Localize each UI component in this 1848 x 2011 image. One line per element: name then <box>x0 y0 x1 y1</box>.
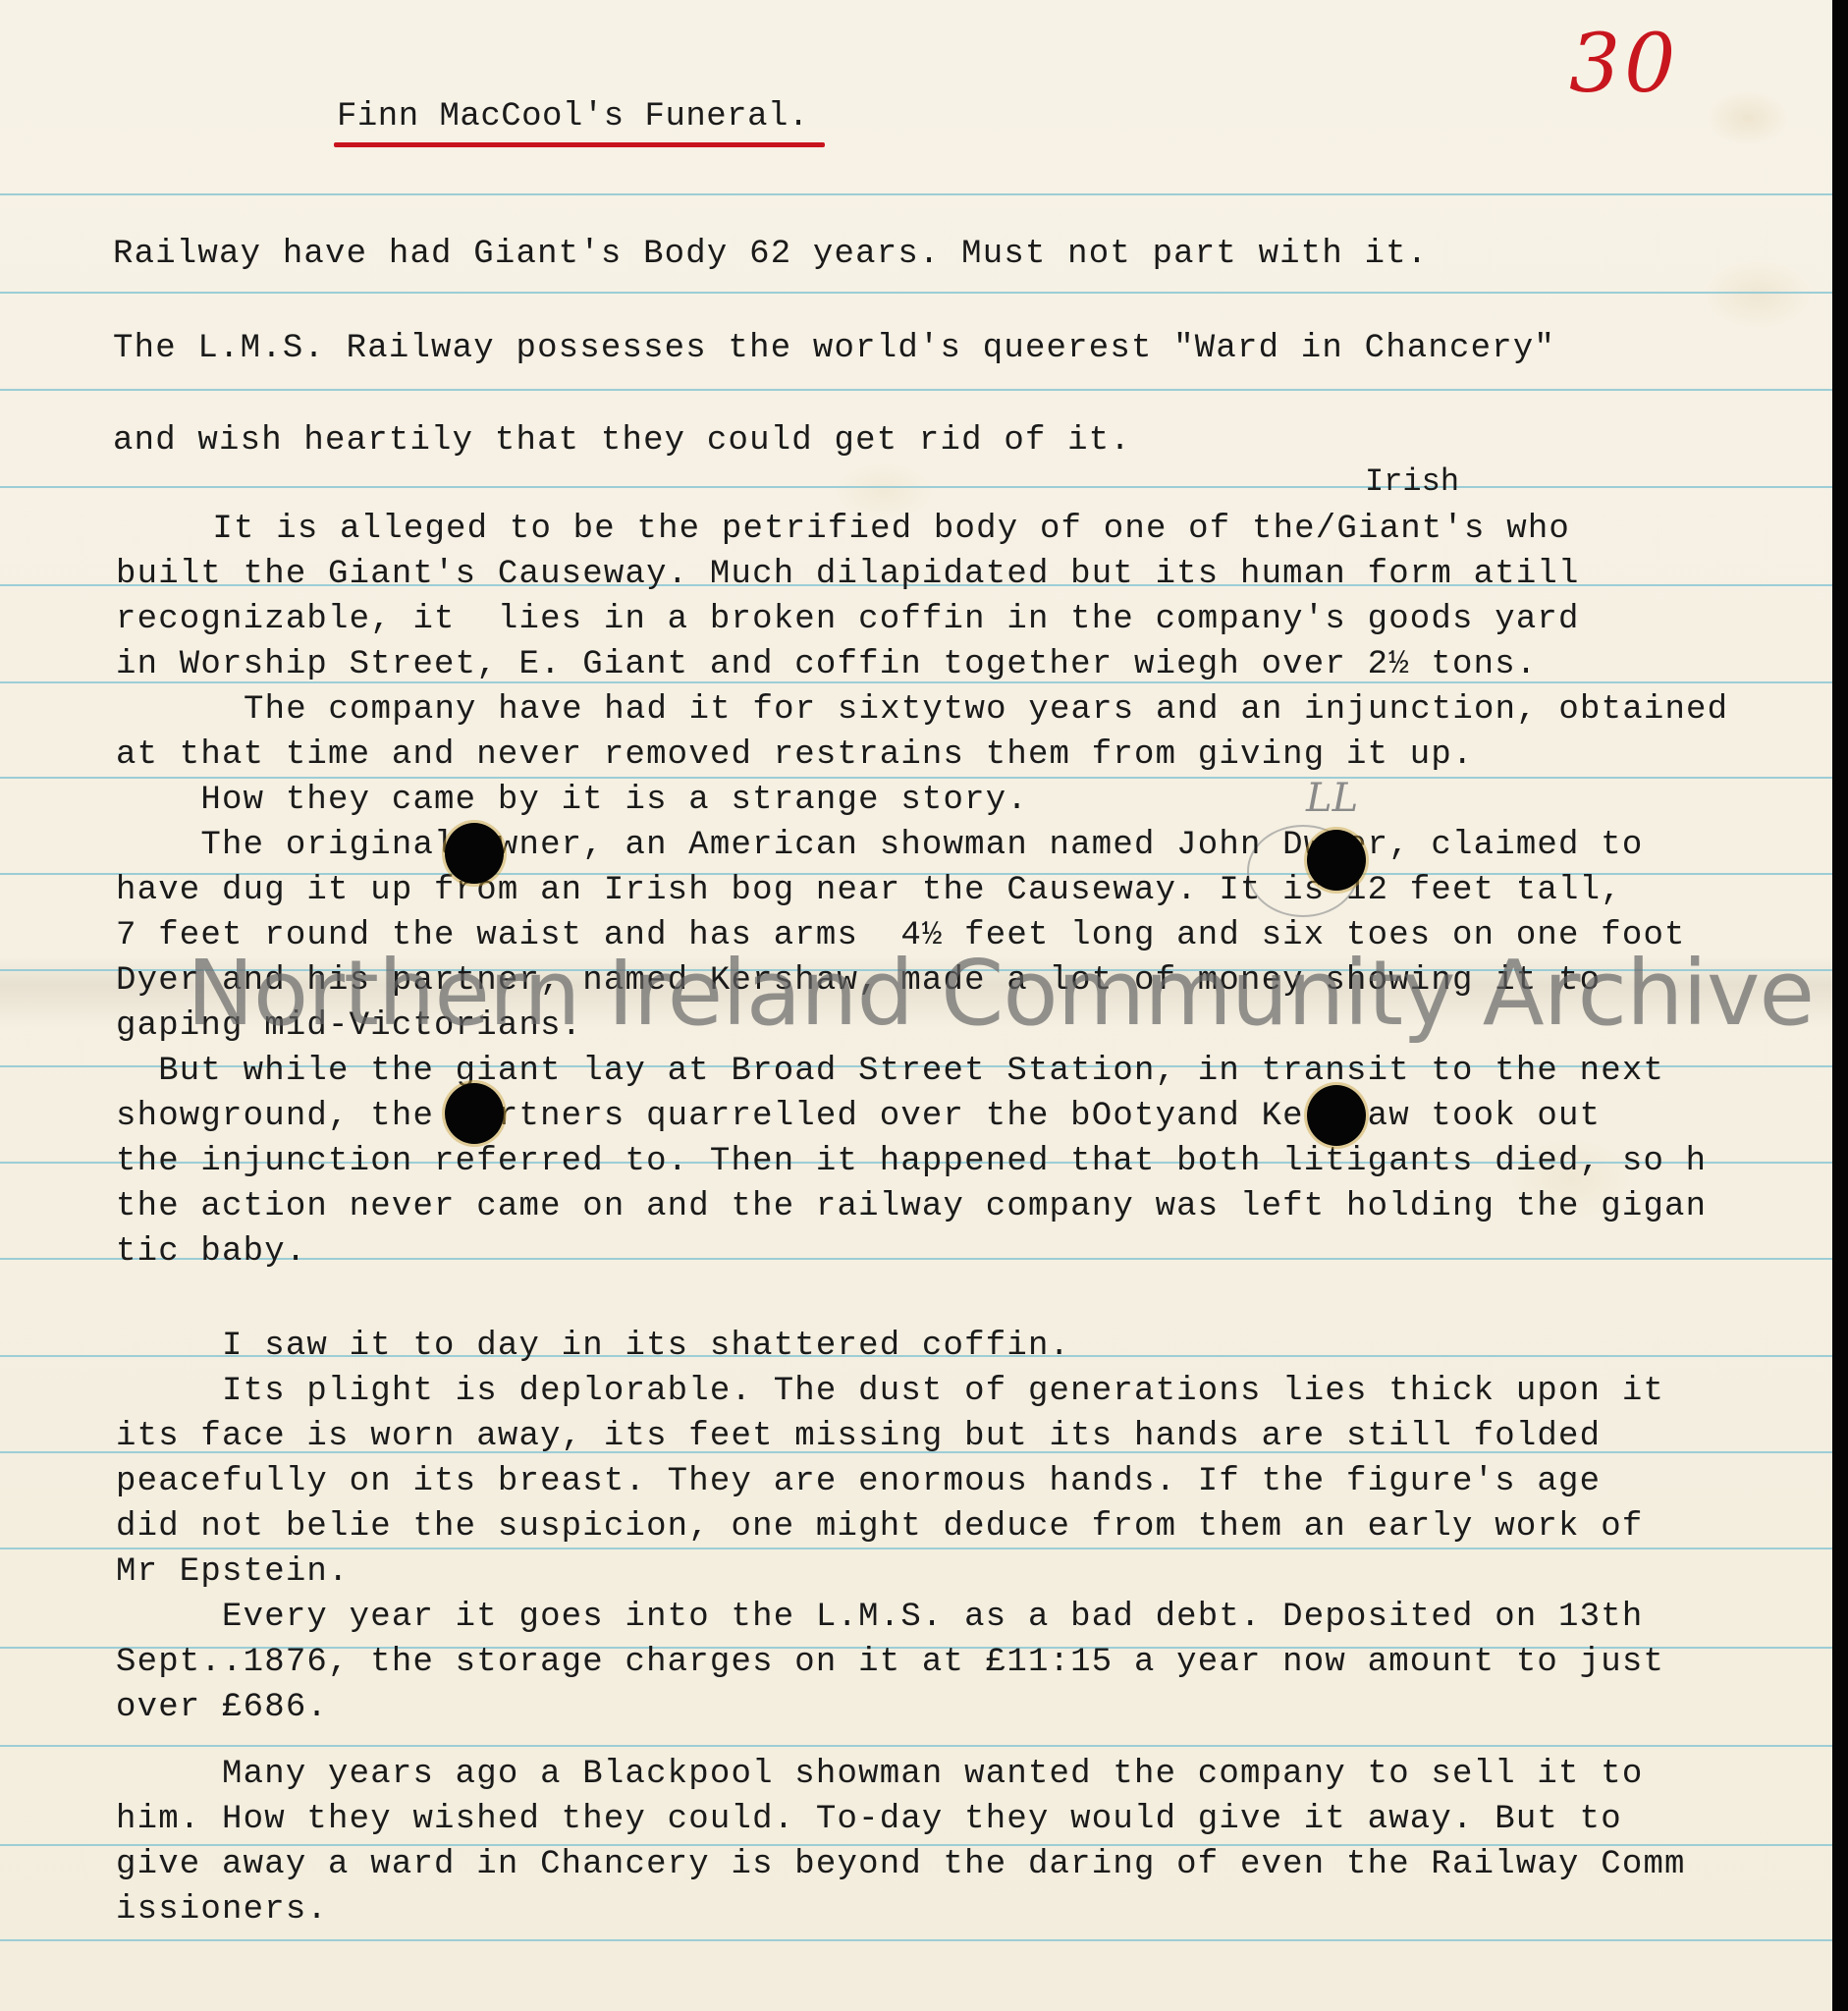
page-number: 30 <box>1569 18 1679 111</box>
text-line: Many years ago a Blackpool showman wante… <box>116 1756 1643 1793</box>
text-line: and wish heartily that they could get ri… <box>113 422 1131 460</box>
text-line: its face is worn away, its feet missing … <box>116 1418 1601 1455</box>
text-line: in Worship Street, E. Giant and coffin t… <box>116 646 1537 683</box>
text-line: the action never came on and the railway… <box>116 1188 1707 1225</box>
text-line: have dug it up from an Irish bog near th… <box>116 872 1622 909</box>
ruled-line <box>0 486 1832 488</box>
punch-hole <box>1307 830 1366 891</box>
ruled-line <box>0 389 1832 391</box>
ruled-line <box>0 777 1832 779</box>
ruled-line <box>0 193 1832 195</box>
text-line: Railway have had Giant's Body 62 years. … <box>113 236 1428 273</box>
punch-hole <box>445 1083 504 1144</box>
text-line: Every year it goes into the L.M.S. as a … <box>116 1599 1643 1636</box>
text-line: recognizable, it lies in a broken coffin… <box>116 601 1580 638</box>
text-line: The company have had it for sixtytwo yea… <box>137 691 1728 729</box>
text-line: at that time and never removed restrains… <box>116 736 1474 774</box>
archive-watermark: Northern Ireland Community Archive <box>187 941 1814 1046</box>
text-line: I saw it to day in its shattered coffin. <box>116 1328 1070 1365</box>
text-line: Sept..1876, the storage charges on it at… <box>116 1644 1664 1681</box>
text-line: How they came by it is a strange story. <box>116 782 1028 819</box>
pencil-annotation: LL <box>1306 776 1358 821</box>
text-line: him. How they wished they could. To-day … <box>116 1801 1622 1838</box>
text-line: Mr Epstein. <box>116 1553 350 1591</box>
text-line: issioners. <box>116 1891 328 1929</box>
ruled-line <box>0 292 1832 294</box>
ruled-line <box>0 1745 1832 1747</box>
inserted-word: Irish <box>1365 463 1459 500</box>
text-line: the injunction referred to. Then it happ… <box>116 1143 1707 1180</box>
text-line: The original owner, an American showman … <box>116 827 1643 864</box>
text-line: did not belie the suspicion, one might d… <box>116 1508 1643 1546</box>
text-line: built the Giant's Causeway. Much dilapid… <box>116 556 1580 593</box>
text-line: It is alleged to be the petrified body o… <box>128 511 1570 548</box>
scan-edge <box>1832 0 1848 2011</box>
punch-hole <box>445 823 504 884</box>
text-line: But while the giant lay at Broad Street … <box>116 1053 1664 1090</box>
punch-hole <box>1307 1085 1366 1146</box>
title-underline <box>334 142 825 147</box>
text-line: showground, the partners quarrelled over… <box>116 1098 1601 1135</box>
ruled-line <box>0 1939 1832 1941</box>
document-title: Finn MacCool's Funeral. <box>337 98 809 136</box>
text-line: over £686. <box>116 1689 328 1726</box>
text-line: give away a ward in Chancery is beyond t… <box>116 1846 1686 1883</box>
text-line: peacefully on its breast. They are enorm… <box>116 1463 1601 1500</box>
ruled-line <box>0 1548 1832 1549</box>
text-line: Its plight is deplorable. The dust of ge… <box>116 1373 1664 1410</box>
text-line: tic baby. <box>116 1233 306 1271</box>
text-line: The L.M.S. Railway possesses the world's… <box>113 330 1555 367</box>
